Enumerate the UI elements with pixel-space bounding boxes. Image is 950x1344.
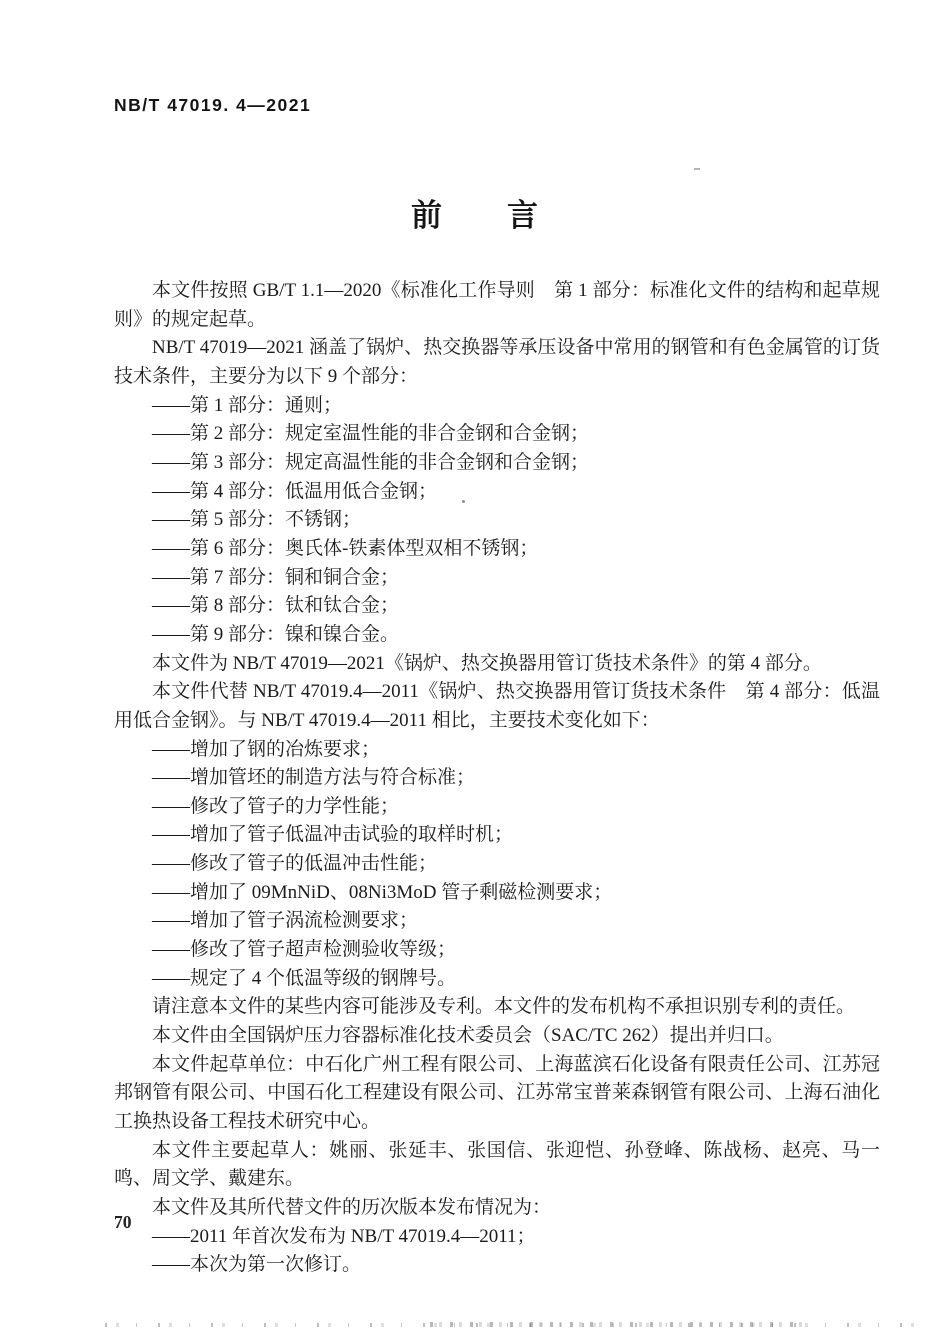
scan-artifact-dash	[694, 168, 700, 170]
dash-list-item: ——2011 年首次发布为 NB/T 47019.4—2011；	[114, 1223, 880, 1252]
dash-list-item: ——第 7 部分：铜和铜合金；	[114, 564, 880, 593]
dash-list-item: ——修改了管子的低温冲击性能；	[114, 850, 880, 879]
dash-list-item: ——第 3 部分：规定高温性能的非合金钢和合金钢；	[114, 449, 880, 478]
dash-list-item: ——第 9 部分：镍和镍合金。	[114, 621, 880, 650]
dash-list-item: ——增加管坯的制造方法与符合标准；	[114, 764, 880, 793]
paragraph: 本文件代替 NB/T 47019.4—2011《锅炉、热交换器用管订货技术条件 …	[114, 678, 880, 735]
dash-list-item: ——规定了 4 个低温等级的钢牌号。	[114, 965, 880, 994]
dash-list-item: ——修改了管子超声检测验收等级；	[114, 936, 880, 965]
document-body: 本文件按照 GB/T 1.1—2020《标准化工作导则 第 1 部分：标准化文件…	[114, 277, 880, 1280]
dash-list-item: ——增加了管子低温冲击试验的取样时机；	[114, 821, 880, 850]
paragraph: 本文件及其所代替文件的历次版本发布情况为：	[114, 1194, 880, 1223]
page-title: 前 言	[0, 190, 950, 235]
paragraph: 本文件为 NB/T 47019—2021《锅炉、热交换器用管订货技术条件》的第 …	[114, 650, 880, 679]
paragraph: 本文件主要起草人：姚丽、张延丰、张国信、张迎恺、孙登峰、陈战杨、赵亮、马一鸣、周…	[114, 1137, 880, 1194]
dash-list-item: ——第 8 部分：钛和钛合金；	[114, 592, 880, 621]
paragraph: 请注意本文件的某些内容可能涉及专利。本文件的发布机构不承担识别专利的责任。	[114, 993, 880, 1022]
scan-artifact-dot	[462, 500, 465, 503]
dash-list-item: ——本次为第一次修订。	[114, 1251, 880, 1280]
dash-list-item: ——增加了钢的冶炼要求；	[114, 736, 880, 765]
standard-number-header: NB/T 47019. 4—2021	[114, 95, 311, 116]
paragraph: NB/T 47019—2021 涵盖了锅炉、热交换器等承压设备中常用的钢管和有色…	[114, 334, 880, 391]
scan-noise-line	[430, 1322, 810, 1327]
dash-list-item: ——增加了管子涡流检测要求；	[114, 907, 880, 936]
document-page: NB/T 47019. 4—2021 前 言 本文件按照 GB/T 1.1—20…	[0, 0, 950, 1344]
paragraph: 本文件按照 GB/T 1.1—2020《标准化工作导则 第 1 部分：标准化文件…	[114, 277, 880, 334]
dash-list-item: ——第 4 部分：低温用低合金钢；	[114, 478, 880, 507]
paragraph: 本文件起草单位：中石化广州工程有限公司、上海蓝滨石化设备有限责任公司、江苏冠邦钢…	[114, 1051, 880, 1137]
dash-list-item: ——修改了管子的力学性能；	[114, 793, 880, 822]
dash-list-item: ——第 5 部分：不锈钢；	[114, 506, 880, 535]
dash-list-item: ——第 1 部分：通则；	[114, 392, 880, 421]
page-number: 70	[114, 1212, 132, 1233]
dash-list-item: ——第 2 部分：规定室温性能的非合金钢和合金钢；	[114, 420, 880, 449]
dash-list-item: ——增加了 09MnNiD、08Ni3MoD 管子剩磁检测要求；	[114, 879, 880, 908]
paragraph: 本文件由全国锅炉压力容器标准化技术委员会（SAC/TC 262）提出并归口。	[114, 1022, 880, 1051]
dash-list-item: ——第 6 部分：奥氏体-铁素体型双相不锈钢；	[114, 535, 880, 564]
